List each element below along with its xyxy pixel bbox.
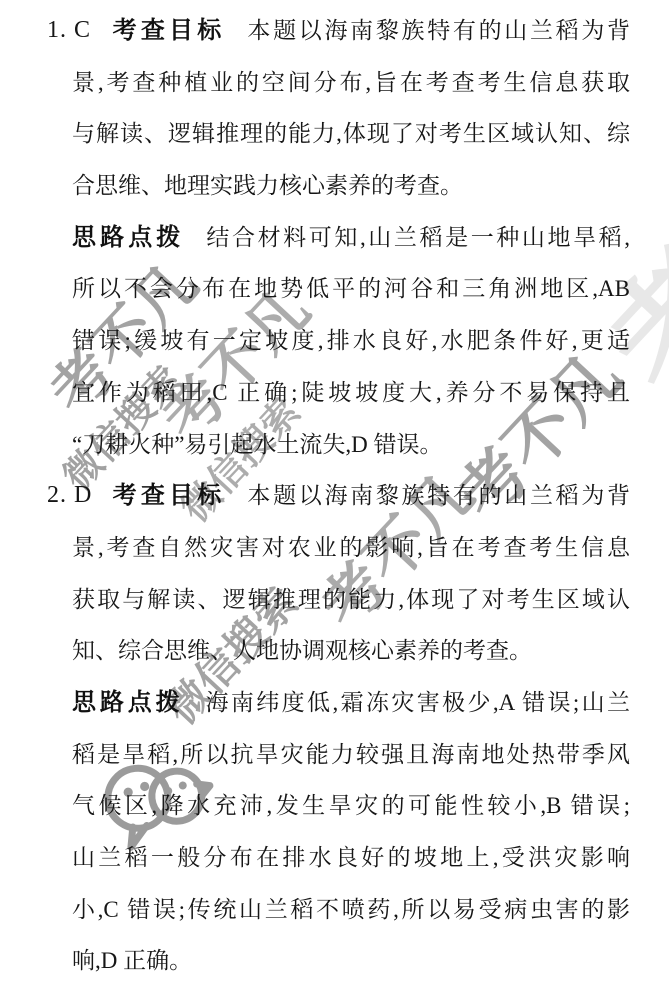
answer-explanations: 1. C考查目标本题以海南黎族特有的山兰稻为背景,考查种植业的空间分布,旨在考查… bbox=[0, 5, 669, 987]
text-line: 思路点拨海南纬度低,霜冻灾害极少,A 错误;山兰 bbox=[72, 677, 630, 729]
section-label: 思路点拨 bbox=[72, 224, 184, 251]
text-line: 稻是旱稻,所以抗旱灾能力较强且海南地处热带季风 bbox=[72, 729, 630, 781]
section-label: 考查目标 bbox=[110, 17, 225, 44]
text-line: 小,C 错误;传统山兰稻不喷药,所以易受病虫害的影 bbox=[72, 884, 630, 936]
text-line: 获取与解读、逻辑推理的能力,体现了对考生区域认 bbox=[72, 574, 630, 626]
section-label: 考查目标 bbox=[110, 482, 225, 509]
text-line: 景,考查自然灾害对农业的影响,旨在考查考生信息 bbox=[72, 522, 630, 574]
answer-page: 考不凡 微信搜索 考不凡 微信搜索 微信搜索 考不凡 考不凡 考不凡 1. C考… bbox=[0, 0, 669, 991]
section-label: 思路点拨 bbox=[72, 689, 184, 716]
text-line: 2. D考查目标本题以海南黎族特有的山兰稻为背 bbox=[72, 470, 630, 522]
answer-number: 1. C bbox=[47, 5, 91, 57]
text-line: 宜作为稻田,C 正确;陡坡坡度大,养分不易保持且 bbox=[72, 367, 630, 419]
text-line: 1. C考查目标本题以海南黎族特有的山兰稻为背 bbox=[72, 5, 630, 57]
text-line: 山兰稻一般分布在排水良好的坡地上,受洪灾影响 bbox=[72, 832, 630, 884]
text-line: 合思维、地理实践力核心素养的考查。 bbox=[72, 160, 630, 212]
answer-number: 2. D bbox=[47, 470, 92, 522]
text-line: 气候区,降水充沛,发生旱灾的可能性较小,B 错误; bbox=[72, 780, 630, 832]
text-line: 所以不会分布在地势低平的河谷和三角洲地区,AB bbox=[72, 263, 630, 315]
text-line: 与解读、逻辑推理的能力,体现了对考生区域认知、综 bbox=[72, 108, 630, 160]
text-line: 知、综合思维、人地协调观核心素养的考查。 bbox=[72, 625, 630, 677]
text-line: 思路点拨结合材料可知,山兰稻是一种山地旱稻, bbox=[72, 212, 630, 264]
text-line: “刀耕火种”易引起水土流失,D 错误。 bbox=[72, 419, 630, 471]
text-line: 响,D 正确。 bbox=[72, 935, 630, 987]
text-line: 错误;缓坡有一定坡度,排水良好,水肥条件好,更适 bbox=[72, 315, 630, 367]
text-line: 景,考查种植业的空间分布,旨在考查考生信息获取 bbox=[72, 57, 630, 109]
